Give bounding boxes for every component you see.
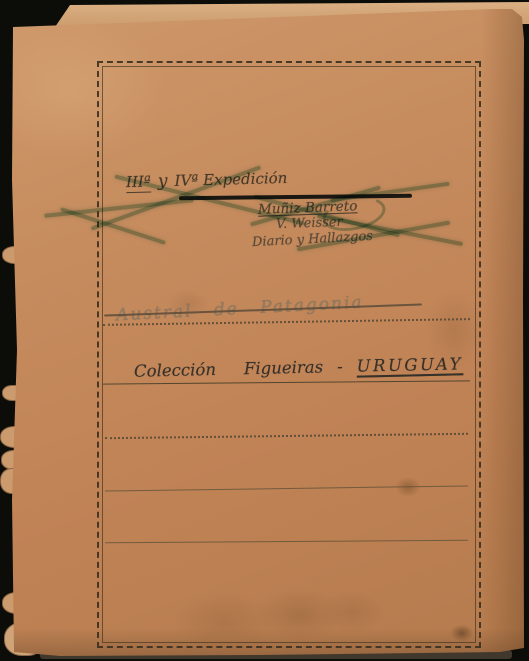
folder-cover: IIIªyIVª Expedición Muñiz Barreto V. Wei…: [0, 0, 529, 661]
collection-word-coleccion: Colección: [134, 360, 216, 381]
collection-word-uruguay: URUGUAY: [356, 354, 463, 375]
scanned-document: IIIªyIVª Expedición Muñiz Barreto V. Wei…: [0, 0, 529, 661]
collection-separator: -: [337, 357, 343, 376]
collection-word-figueiras: Figueiras: [244, 357, 324, 378]
